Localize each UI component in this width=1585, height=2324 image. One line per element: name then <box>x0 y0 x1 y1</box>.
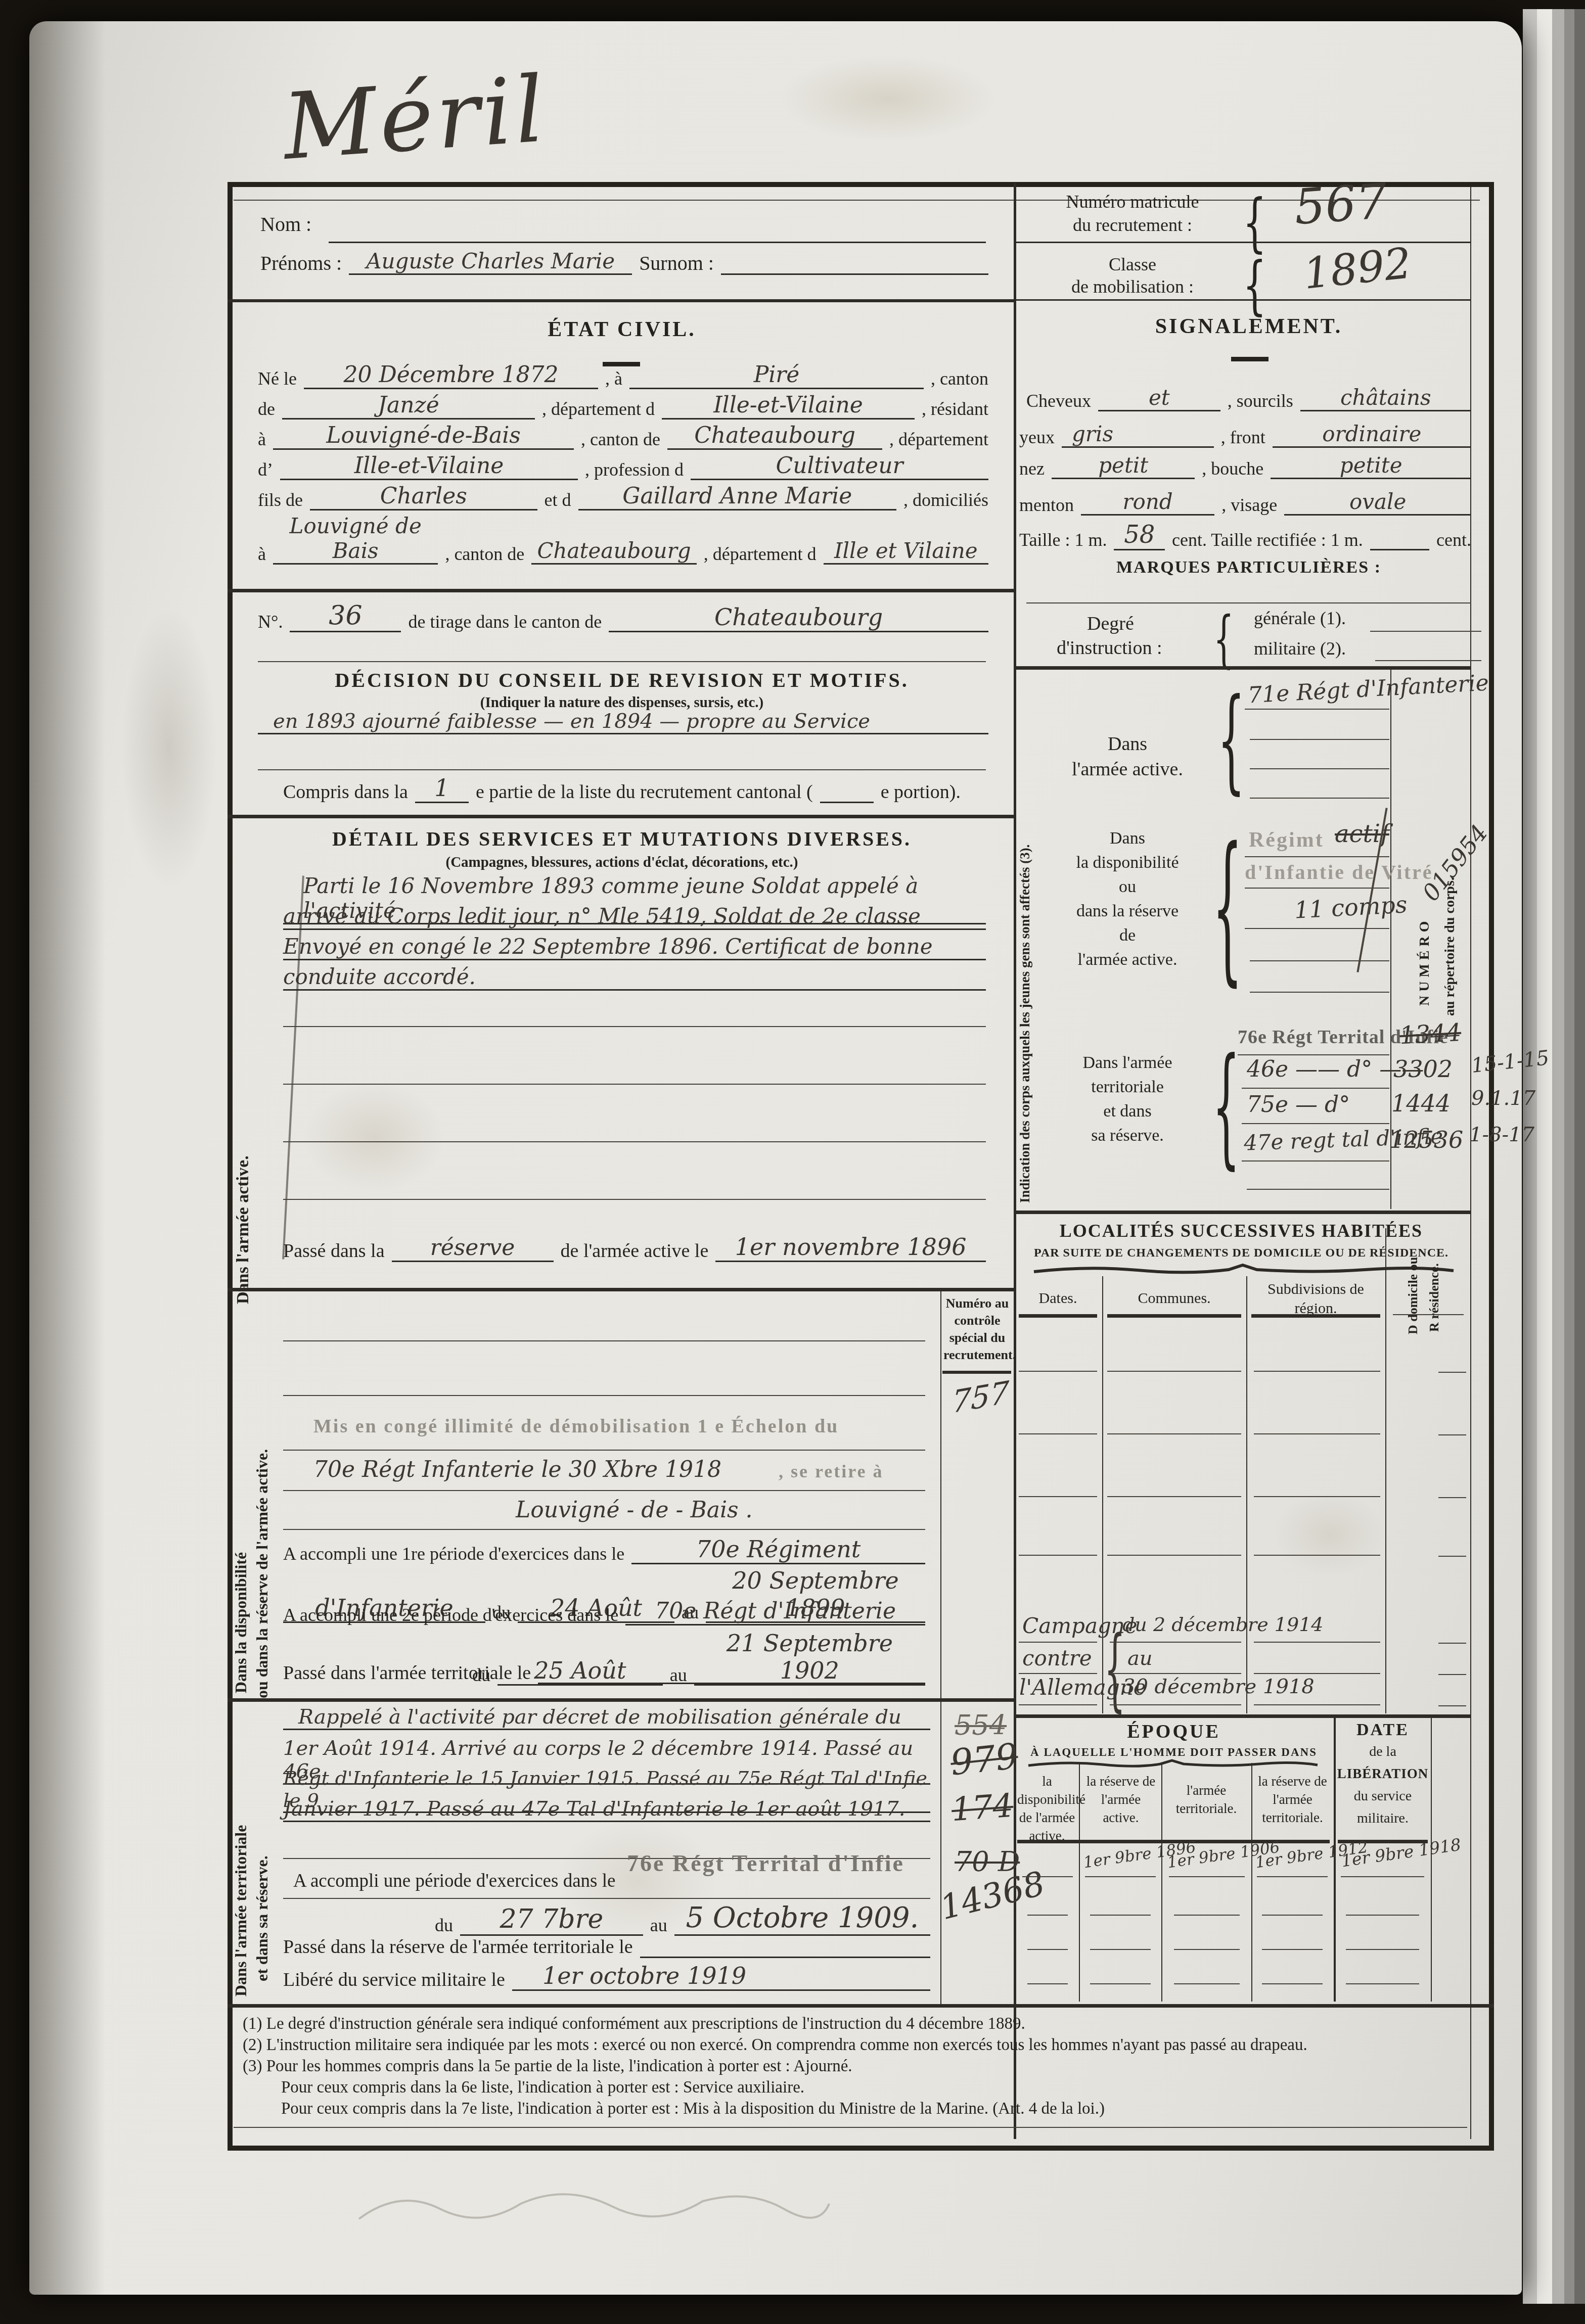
res-canton-label: , canton de <box>581 429 660 450</box>
canton-label: , canton <box>931 368 988 389</box>
margin-corps: Indication des corps auxquels les jeunes… <box>1017 677 1033 1203</box>
passe-label-2: de l'armée active le <box>561 1240 709 1262</box>
domicilies-label: , domiciliés <box>903 489 988 510</box>
libere-value: 1er octobre 1919 <box>512 1962 930 1991</box>
de-label: de <box>258 398 275 420</box>
demobilisation-stamp: Mis en congé illimité de démobilisation … <box>313 1415 839 1437</box>
page-edge <box>1523 9 1537 2304</box>
du-label: du <box>435 1915 453 1936</box>
res-a-label: à <box>258 429 266 450</box>
yeux-value: gris <box>1062 422 1214 448</box>
et-d-label: et d <box>545 489 571 510</box>
passe-date-value: 1er novembre 1896 <box>715 1233 986 1262</box>
service-text: conduite accordé. <box>283 964 986 991</box>
regiment-stamp: 76e Régt Territal d'Infie <box>627 1850 904 1877</box>
degre-label-1: Degré <box>1087 613 1134 635</box>
libere-row: Libéré du service militaire le 1er octob… <box>283 1962 930 1991</box>
corps-terr-num-0: 1344 <box>1399 1018 1462 1050</box>
section-divider <box>1014 1211 1470 1214</box>
cheveux-value: et <box>1098 385 1220 411</box>
footnote-5: Pour ceux compris dans la 7e liste, l'in… <box>281 2100 1105 2118</box>
portion-value <box>820 797 874 803</box>
menton-value: rond <box>1081 489 1214 516</box>
tirage-row: N°. 36 de tirage dans le canton de Chate… <box>258 600 988 632</box>
classe-label-2: de mobilisation : <box>1026 276 1239 297</box>
passe-reserve-row: Passé dans la réserve de l'armée active … <box>283 1233 986 1262</box>
campagne-date-2: au <box>1127 1647 1153 1670</box>
corps-dispo-label-4: dans la réserve <box>1041 902 1213 921</box>
footnote-4: Pour ceux compris dans la 6e liste, l'in… <box>281 2078 804 2097</box>
brace-icon <box>1212 815 1243 1002</box>
tirage-canton-value: Chateaubourg <box>609 603 988 632</box>
passe-res-label: Passé dans la réserve de l'armée territo… <box>283 1936 633 1958</box>
service-line-4: conduite accordé. <box>283 964 986 991</box>
prenoms-value: Auguste Charles Marie <box>349 249 632 275</box>
epoque-title: ÉPOQUE <box>1014 1721 1334 1743</box>
demob-hw-2: Louvigné - de - Bais . <box>516 1497 753 1523</box>
classe-label-1: Classe <box>1026 254 1239 275</box>
corps-terr-label-1: Dans l'armée <box>1041 1053 1213 1073</box>
visage-value: ovale <box>1284 489 1471 516</box>
campagne-date-3: 30 décembre 1918 <box>1122 1675 1315 1698</box>
generale-label: générale (1). <box>1254 608 1346 629</box>
campagne-2: contre <box>1022 1646 1092 1670</box>
brace-icon <box>1213 605 1234 676</box>
passe-terr-value <box>538 1678 925 1684</box>
marques-title: MARQUES PARTICULIÈRES : <box>1026 558 1471 577</box>
corps-terr-date-2: 9.1.17 <box>1471 1087 1535 1110</box>
margin-terr-1: Dans l'armée territoriale <box>232 1713 250 1996</box>
res-canton-value: Chateaubourg <box>667 423 882 450</box>
surnom-label: Surnom : <box>639 251 714 275</box>
terr-line-4: Janvier 1917. Passé au 47e Tal d'Infante… <box>283 1797 930 1822</box>
compris-label-3: e portion). <box>881 781 961 803</box>
decision-subtitle: (Indiquer la nature des dispenses, sursi… <box>243 694 1001 711</box>
sourcils-value: châtains <box>1300 385 1471 411</box>
passe-territoriale-row: Passé dans l'armée territoriale le <box>283 1662 925 1684</box>
corps-dispo-label-6: l'armée active. <box>1041 950 1213 969</box>
taille-label-2: cent. Taille rectifiée : 1 m. <box>1172 529 1363 550</box>
demob-hw-1: 70e Régt Infanterie le 30 Xbre 1918 <box>313 1457 721 1482</box>
numero-label: N°. <box>258 611 283 632</box>
etat-civil-title: ÉTAT CIVIL. <box>329 317 915 342</box>
flourish-divider <box>1031 1264 1456 1277</box>
terr-text: Janvier 1917. Passé au 47e Tal d'Infante… <box>283 1797 930 1822</box>
flourish-divider <box>1026 1759 1320 1770</box>
page-edge <box>1574 9 1585 2304</box>
service-line-3: Envoyé en congé le 22 Septembre 1896. Ce… <box>283 934 986 960</box>
profession-label: , profession d <box>585 459 684 480</box>
ne-le-label: Né le <box>258 368 297 389</box>
etat-civil-line-2: de Janzé , département d Ille-et-Vilaine… <box>258 392 988 420</box>
service-text: arrivé au Corps ledit jour, n° Mle 5419,… <box>283 904 986 930</box>
nom-line <box>329 242 986 243</box>
taille-row: Taille : 1 m. 58 cent. Taille rectifiée … <box>1019 521 1471 550</box>
service-text: Envoyé en congé le 22 Septembre 1896. Ce… <box>283 934 986 960</box>
taille-label-1: Taille : 1 m. <box>1019 529 1107 550</box>
struck-number: 174 <box>950 1787 1015 1829</box>
corps-terr-num-1: 3302 <box>1393 1055 1453 1083</box>
periode-terr-dates: du 27 7bre au 5 Octobre 1909. <box>435 1901 930 1936</box>
date-col-1: DATE <box>1335 1721 1431 1740</box>
footnote-1: (1) Le degré d'instruction générale sera… <box>243 2015 1025 2033</box>
binding-shadow <box>29 21 105 2295</box>
struck-number: 979 <box>948 1735 1020 1784</box>
corps-dispo-label-3: ou <box>1062 877 1193 897</box>
localites-subtitle: PAR SUITE DE CHANGEMENTS DE DOMICILE OU … <box>1019 1246 1464 1260</box>
epoque-subtitle: À LAQUELLE L'HOMME DOIT PASSER DANS <box>1014 1746 1334 1759</box>
periode2-row-a: A accompli une 2e période d'exercices da… <box>283 1598 925 1625</box>
periode2-label: A accompli une 2e période d'exercices da… <box>283 1604 618 1625</box>
corps-terr-label-4: sa réserve. <box>1041 1126 1213 1145</box>
corps-active-label-2: l'armée active. <box>1041 758 1213 780</box>
margin-dispo-1: Dans la disponibilité <box>232 1309 250 1693</box>
epoque-col-4: la réserve de l'armée territoriale. <box>1254 1772 1331 1827</box>
detail-title: DÉTAIL DES SERVICES ET MUTATIONS DIVERSE… <box>243 827 1001 851</box>
militaire-label: militaire (2). <box>1254 638 1346 659</box>
compris-label-1: Compris dans la <box>283 781 408 803</box>
etat-civil-line-1: Né le 20 Décembre 1872 , à Piré , canton <box>258 362 988 389</box>
dom-dep-label: , département d <box>704 543 817 565</box>
terr-line-1: Rappelé à l'activité par décret de mobil… <box>283 1705 930 1730</box>
nom-label: Nom : <box>260 212 311 236</box>
dom-a-value: Louvigné de Bais <box>273 514 438 565</box>
taille-label-3: cent. <box>1436 529 1471 550</box>
regiment-vitre-stamp-1: Régimt <box>1249 828 1324 852</box>
au-label: au <box>650 1915 667 1936</box>
passe-terr-label: Passé dans l'armée territoriale le <box>283 1662 531 1684</box>
campagne-date-1: du 2 décembre 1914 <box>1122 1613 1324 1636</box>
dom-dep-value: Ille et Vilaine <box>824 538 988 565</box>
brace-icon <box>1212 1031 1240 1183</box>
section-divider <box>228 589 1014 592</box>
localites-col-subdiv: Subdivisions de région. <box>1254 1280 1378 1318</box>
page-edge <box>1564 9 1574 2304</box>
periode-terr-from: 27 7bre <box>460 1904 643 1936</box>
front-label: , front <box>1221 427 1265 448</box>
mere-value: Gaillard Anne Marie <box>578 483 896 510</box>
corps-terr-row-2: 75e — d° <box>1247 1092 1350 1118</box>
decision-value: en 1893 ajourné faiblesse — en 1894 — pr… <box>258 710 988 734</box>
degre-label-2: d'instruction : <box>1057 637 1162 659</box>
periode-terr-to: 5 Octobre 1909. <box>674 1901 930 1936</box>
compris-label-2: e partie de la liste du recrutement cant… <box>476 781 813 803</box>
controle-header: Numéro au contrôle spécial du recrutemen… <box>943 1295 1011 1364</box>
nez-value: petit <box>1052 453 1195 479</box>
tirage-numero-value: 36 <box>290 600 401 632</box>
nom-script-value: Méril <box>280 57 550 180</box>
corps-dispo-label-5: de <box>1062 926 1193 945</box>
dep2-label: d’ <box>258 459 273 480</box>
departement-label: , département d <box>542 398 655 420</box>
matricule-label-1: Numéro matricule <box>1026 191 1239 212</box>
service-line-2: arrivé au Corps ledit jour, n° Mle 5419,… <box>283 904 986 930</box>
signalement-row-3: nez petit , bouche petite <box>1019 453 1471 479</box>
a-label: , à <box>605 368 622 389</box>
corps-dispo-label-2: la disponibilité <box>1041 853 1213 872</box>
section-divider <box>1014 1714 1470 1718</box>
corps-terr-date-3: 1-8-17 <box>1469 1123 1534 1146</box>
brace-icon <box>1243 249 1266 322</box>
detail-subtitle: (Campagnes, blessures, actions d'éclat, … <box>243 854 1001 871</box>
register-scan: Méril Nom : Prénoms : Auguste Charles Ma… <box>0 0 1585 2324</box>
dom-canton-label: , canton de <box>445 543 524 565</box>
res-a-value: Louvigné-de-Bais <box>273 423 574 450</box>
footnote-3: (3) Pour les hommes compris dans la 5e p… <box>243 2057 852 2076</box>
date-col-4: du service <box>1335 1788 1431 1804</box>
decision-row: en 1893 ajourné faiblesse — en 1894 — pr… <box>258 710 988 734</box>
dom-a-label: à <box>258 543 266 565</box>
section-divider <box>228 1698 1014 1702</box>
departement-value: Ille-et-Vilaine <box>662 392 915 420</box>
localites-col-dr-1: D domicile ou <box>1406 1223 1421 1334</box>
tirage-label: de tirage dans le canton de <box>408 611 602 632</box>
struck-number: 554 <box>955 1709 1007 1741</box>
signalement-row-2: yeux gris , front ordinaire <box>1019 422 1471 448</box>
ne-le-value: 20 Décembre 1872 <box>304 362 598 389</box>
etat-civil-line-4: d’ Ille-et-Vilaine , profession d Cultiv… <box>258 453 988 480</box>
cheveux-label: Cheveux <box>1026 390 1091 411</box>
signalement-row-1: Cheveux et , sourcils châtains <box>1026 385 1471 411</box>
margin-armee-active: Dans l'armée active. <box>234 859 253 1304</box>
epoque-col-2: la réserve de l'armée active. <box>1083 1772 1159 1827</box>
periode2-value: 70e Régt d'Infanterie <box>625 1598 925 1625</box>
passe-res-value <box>640 1951 930 1958</box>
corps-active-label-1: Dans <box>1062 733 1193 755</box>
header-bottom-rule <box>228 299 1014 302</box>
nez-label: nez <box>1019 458 1045 479</box>
passe-reserve-terr-row: Passé dans la réserve de l'armée territo… <box>283 1936 930 1958</box>
fils-de-label: fils de <box>258 489 303 510</box>
yeux-label: yeux <box>1019 427 1055 448</box>
corps-terr-label-2: territoriale <box>1041 1078 1213 1097</box>
corps-terr-label-3: et dans <box>1041 1102 1213 1121</box>
residant-label: , résidant <box>922 398 988 420</box>
dep2-value: Ille-et-Vilaine <box>280 453 578 480</box>
date-col-5: militaire. <box>1335 1810 1431 1827</box>
pere-value: Charles <box>310 483 537 510</box>
date-col-2: de la <box>1335 1744 1431 1760</box>
pencil-scribble <box>354 2173 834 2239</box>
periode1-value: 70e Régiment <box>631 1536 925 1564</box>
etat-civil-line-3: à Louvigné-de-Bais , canton de Chateaubo… <box>258 423 988 450</box>
res-dep-label: , département <box>889 429 988 450</box>
a-value: Piré <box>629 362 924 389</box>
section-divider <box>228 1288 1014 1291</box>
footnotes-divider <box>228 2004 1494 2008</box>
etat-civil-line-5: fils de Charles et d Gaillard Anne Marie… <box>258 483 988 510</box>
compris-row: Compris dans la 1 e partie de la liste d… <box>283 774 961 803</box>
matricule-value: 567 <box>1292 173 1389 236</box>
epoque-col-1: la disponibilité de l'armée active. <box>1017 1772 1077 1845</box>
signalement-title: SIGNALEMENT. <box>1026 314 1471 339</box>
corps-dispo-label-1: Dans <box>1062 829 1193 848</box>
passe-value: réserve <box>392 1235 554 1262</box>
etat-civil-line-6: à Louvigné de Bais , canton de Chateaubo… <box>258 514 988 565</box>
de-value: Janzé <box>282 392 535 420</box>
profession-value: Cultivateur <box>691 453 988 480</box>
corps-terr-num-3: 12536 <box>1389 1126 1463 1153</box>
page-edge <box>1537 9 1552 2304</box>
localites-col-dates: Dates. <box>1014 1290 1102 1307</box>
footnote-2: (2) L'instruction militaire sera indiqué… <box>243 2036 1307 2055</box>
passe-label-1: Passé dans la <box>283 1240 385 1262</box>
periode1-label: A accompli une 1re période d'exercices d… <box>283 1543 624 1564</box>
taille-rect-value <box>1370 544 1429 550</box>
prenoms-row: Prénoms : Auguste Charles Marie Surnom : <box>260 249 988 275</box>
surnom-value <box>721 268 988 275</box>
periode-terr-label: A accompli une période d'exercices dans … <box>293 1870 615 1892</box>
margin-dispo-2: ou dans la réserve de l'armée active. <box>253 1299 271 1698</box>
taille-value: 58 <box>1114 521 1165 550</box>
terr-text: Rappelé à l'activité par décret de mobil… <box>283 1705 930 1730</box>
page-edge <box>1552 9 1564 2304</box>
epoque-col-3: l'armée territoriale. <box>1164 1781 1249 1818</box>
sourcils-label: , sourcils <box>1228 390 1293 411</box>
se-retire-stamp: , se retire à <box>779 1461 884 1482</box>
section-divider <box>228 815 1014 818</box>
menton-label: menton <box>1019 494 1074 516</box>
regiment-vitre-stamp-2: d'Infantie de Vitré <box>1245 860 1433 884</box>
localites-col-communes: Communes. <box>1102 1290 1246 1307</box>
libere-label: Libéré du service militaire le <box>283 1969 505 1991</box>
bouche-label: , bouche <box>1202 458 1263 479</box>
decision-title: DÉCISION DU CONSEIL DE REVISION ET MOTIF… <box>243 668 1001 692</box>
front-value: ordinaire <box>1273 422 1471 448</box>
bouche-value: petite <box>1271 453 1471 479</box>
corps-terr-num-2: 1444 <box>1391 1090 1451 1117</box>
periode1-row-a: A accompli une 1re période d'exercices d… <box>283 1536 925 1564</box>
dom-canton-value: Chateaubourg <box>531 538 696 565</box>
section-divider <box>1014 666 1470 670</box>
localites-col-dr-2: R résidence. <box>1427 1228 1442 1332</box>
title-dash <box>1231 357 1269 361</box>
brace-icon <box>1217 675 1245 807</box>
prenoms-label: Prénoms : <box>260 251 342 275</box>
margin-terr-2: et dans sa réserve. <box>253 1729 271 1981</box>
signalement-row-4: menton rond , visage ovale <box>1019 489 1471 516</box>
visage-label: , visage <box>1221 494 1277 516</box>
date-col-3: LIBÉRATION <box>1335 1766 1431 1782</box>
localites-title: LOCALITÉS SUCCESSIVES HABITÉES <box>1019 1220 1464 1241</box>
compris-value: 1 <box>415 774 469 803</box>
matricule-label-2: du recrutement : <box>1026 214 1239 236</box>
